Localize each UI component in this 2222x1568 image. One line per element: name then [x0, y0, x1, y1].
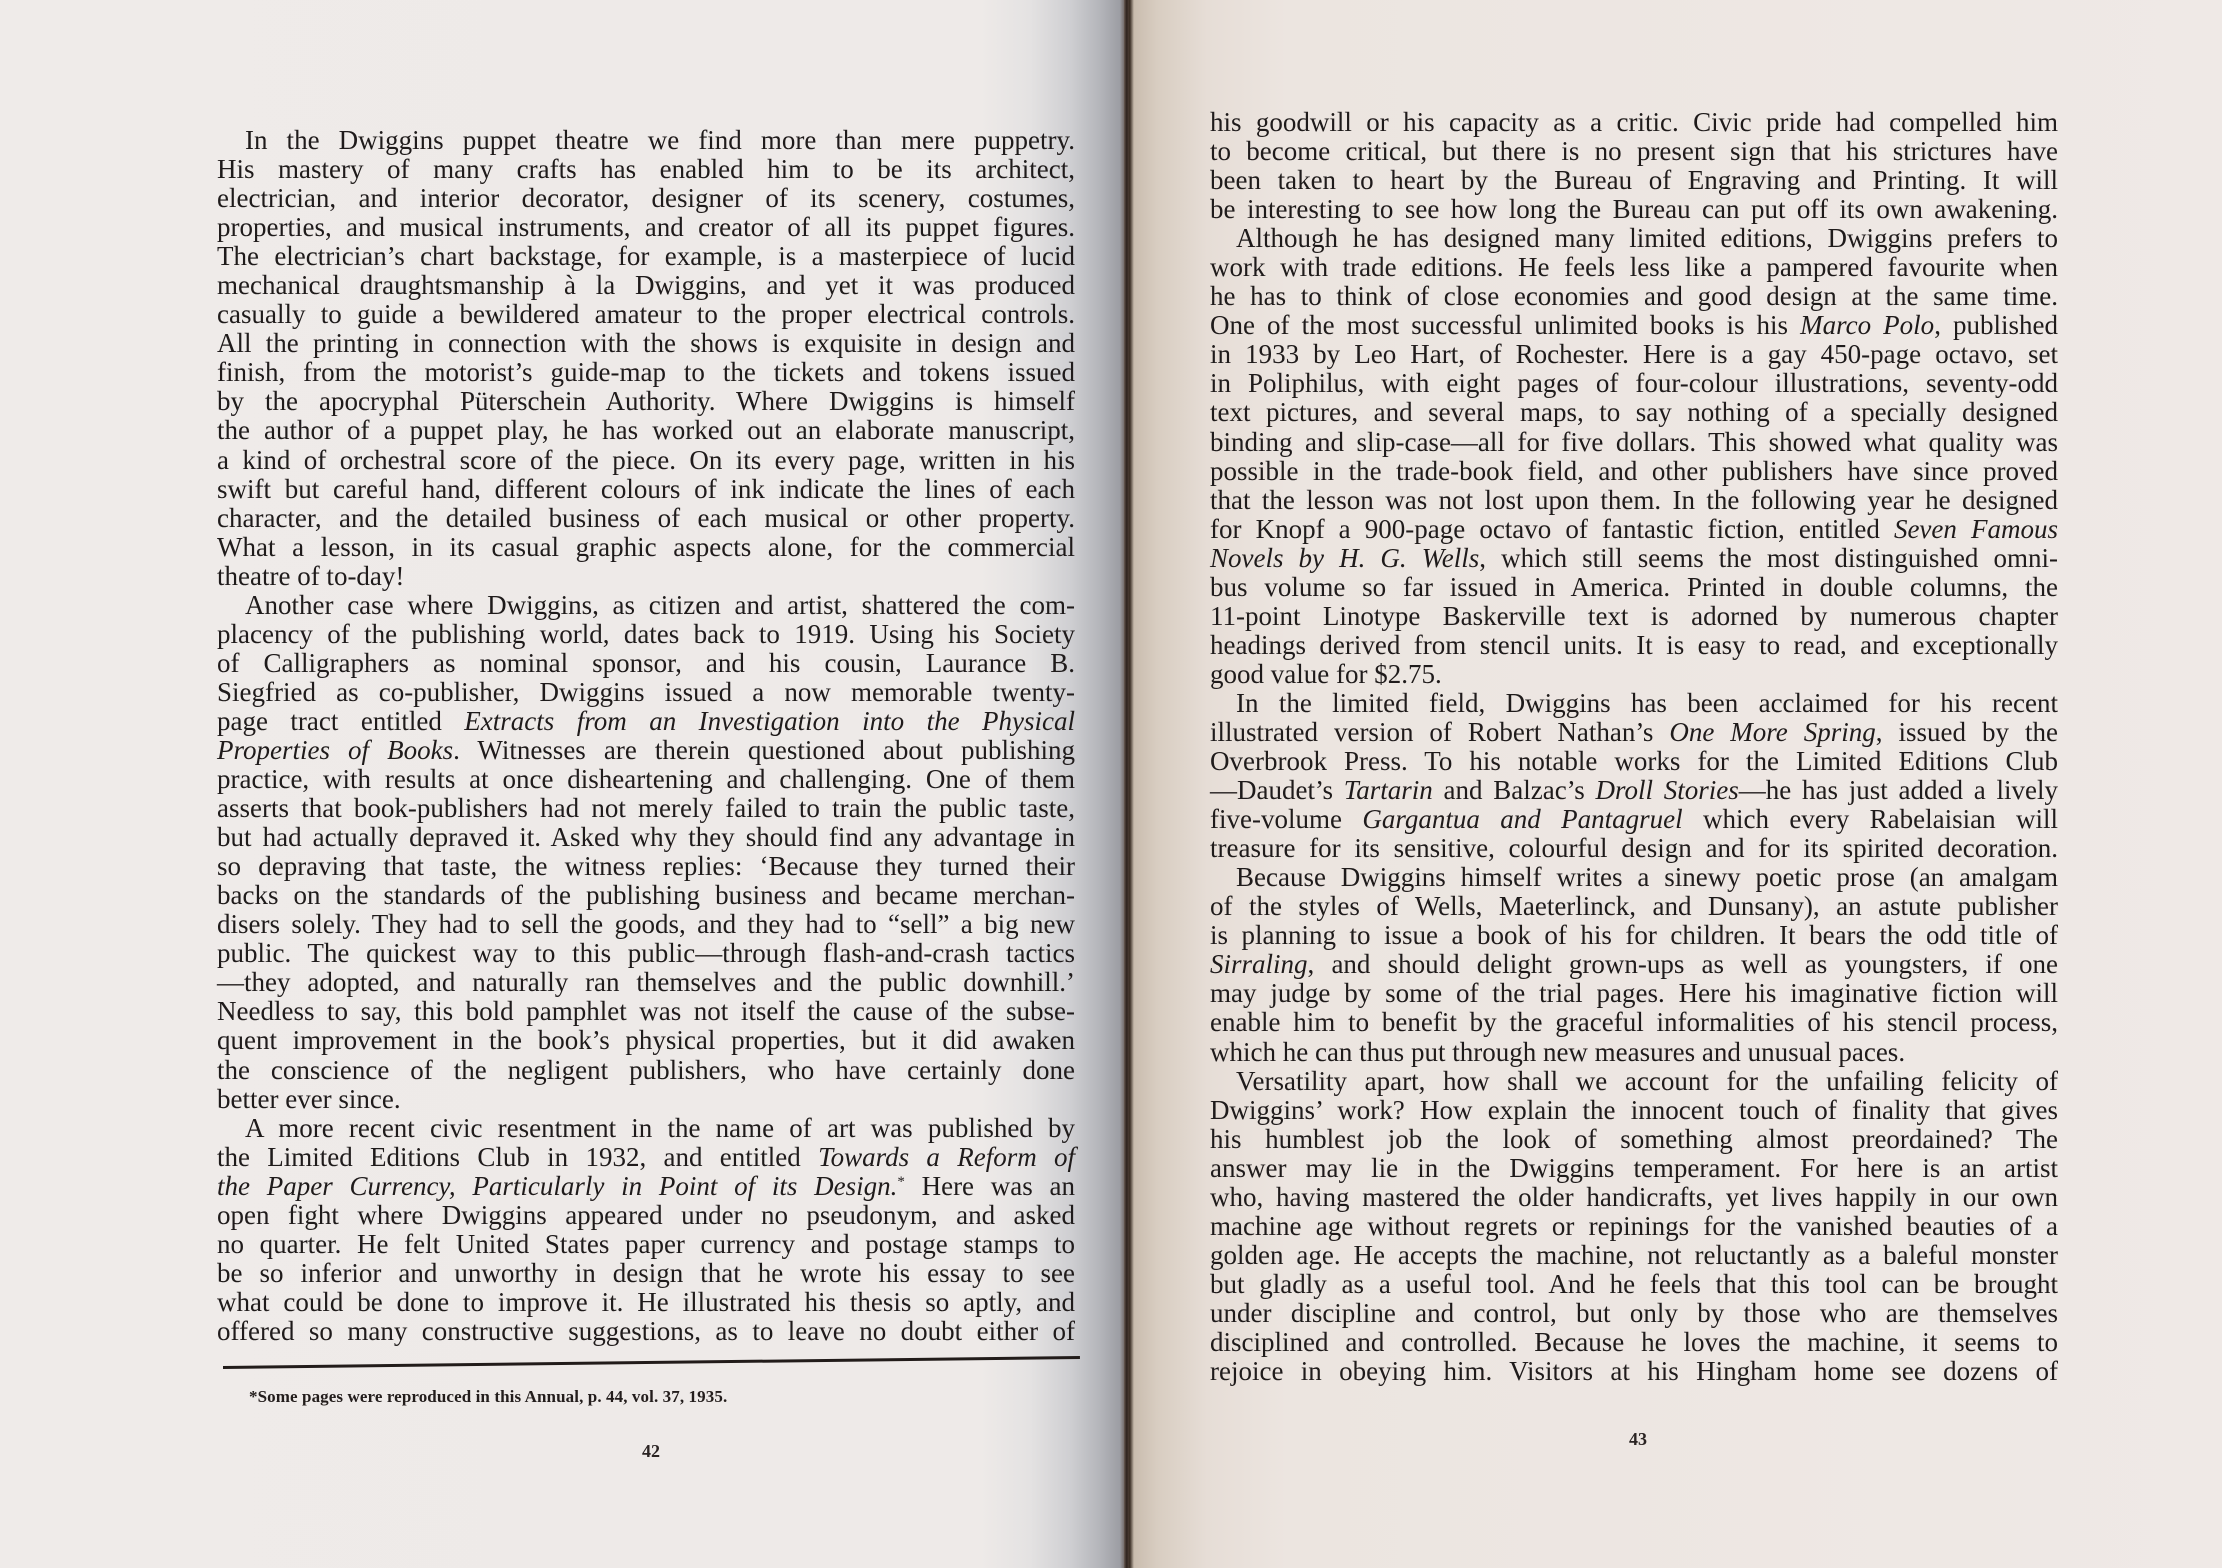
- text-run: so depraving that taste, the witness rep…: [217, 851, 1075, 881]
- text-run: character, and the detailed business of …: [217, 503, 1075, 533]
- text-line: open fight where Dwiggins appeared under…: [217, 1201, 1075, 1230]
- text-run: Although he has designed many limited ed…: [1236, 223, 2058, 253]
- text-run: that the lesson was not lost upon them. …: [1210, 485, 2058, 515]
- text-line: by the apocryphal Püterschein Authority.…: [217, 387, 1075, 416]
- text-run: his humblest job the look of something a…: [1210, 1124, 2058, 1154]
- text-line: may judge by some of the trial pages. He…: [1210, 979, 2058, 1008]
- text-line: —they adopted, and naturally ran themsel…: [217, 968, 1075, 997]
- text-run: the author of a puppet play, he has work…: [217, 415, 1075, 445]
- text-run: , issued by the: [1876, 717, 2058, 747]
- text-line: in Poliphilus, with eight pages of four-…: [1210, 369, 2058, 398]
- text-run: machine age without regrets or repinings…: [1210, 1211, 2058, 1241]
- text-line: quent improvement in the book’s physical…: [217, 1026, 1075, 1055]
- text-run: disciplined and controlled. Because he l…: [1210, 1327, 2058, 1357]
- text-line: page tract entitled Extracts from an Inv…: [217, 707, 1075, 736]
- page-number-right: 43: [1608, 1429, 1668, 1450]
- text-line: no quarter. He felt United States paper …: [217, 1230, 1075, 1259]
- text-line: the Paper Currency, Particularly in Poin…: [217, 1172, 1075, 1201]
- text-line: so depraving that taste, the witness rep…: [217, 852, 1075, 881]
- text-run: Versatility apart, how shall we account …: [1236, 1066, 2058, 1096]
- text-line: be so inferior and unworthy in design th…: [217, 1259, 1075, 1288]
- text-run: In the Dwiggins puppet theatre we find m…: [245, 125, 1075, 155]
- text-line: placency of the publishing world, dates …: [217, 620, 1075, 649]
- text-run: Overbrook Press. To his notable works fo…: [1210, 746, 2058, 776]
- text-run: five-volume: [1210, 804, 1362, 834]
- text-run: finish, from the motorist’s guide-map to…: [217, 357, 1075, 387]
- italic-title: the Paper Currency, Particularly in Poin…: [217, 1171, 897, 1201]
- text-run: 11-point Linotype Baskerville text is ad…: [1210, 601, 2058, 631]
- text-run: mechanical draughtsmanship à la Dwiggins…: [217, 270, 1075, 300]
- text-run: Here was an: [905, 1171, 1075, 1201]
- text-line: answer may lie in the Dwiggins temperame…: [1210, 1154, 2058, 1183]
- text-run: which he can thus put through new measur…: [1210, 1037, 1905, 1067]
- text-line: Needless to say, this bold pamphlet was …: [217, 997, 1075, 1026]
- text-line: enable him to benefit by the graceful in…: [1210, 1008, 2058, 1037]
- text-line: he has to think of close economies and g…: [1210, 282, 2058, 311]
- text-line: swift but careful hand, different colour…: [217, 475, 1075, 504]
- text-run: Another case where Dwiggins, as citizen …: [245, 590, 1075, 620]
- italic-title: Novels by H. G. Wells: [1210, 543, 1479, 573]
- text-run: text pictures, and several maps, to say …: [1210, 397, 2058, 427]
- text-run: casually to guide a bewildered amateur t…: [217, 299, 1075, 329]
- text-line: better ever since.: [217, 1085, 1075, 1114]
- italic-title: Droll Stories: [1596, 775, 1739, 805]
- text-run: the Limited Editions Club in 1932, and e…: [217, 1142, 818, 1172]
- text-line: under discipline and control, but only b…: [1210, 1299, 2058, 1328]
- text-run: treasure for its sensitive, colourful de…: [1210, 833, 2058, 863]
- text-line: electrician, and interior decorator, des…: [217, 184, 1075, 213]
- text-line: practice, with results at once dishearte…: [217, 765, 1075, 794]
- text-run: His mastery of many crafts has enabled h…: [217, 154, 1075, 184]
- text-run: Because Dwiggins himself writes a sinewy…: [1236, 862, 2058, 892]
- italic-title: Seven Famous: [1894, 514, 2058, 544]
- text-line: disciplined and controlled. Because he l…: [1210, 1328, 2058, 1357]
- text-run: backs on the standards of the publishing…: [217, 880, 1075, 910]
- text-run: practice, with results at once dishearte…: [217, 764, 1075, 794]
- text-line: Siegfried as co-publisher, Dwiggins issu…: [217, 678, 1075, 707]
- text-line: backs on the standards of the publishing…: [217, 881, 1075, 910]
- text-line: character, and the detailed business of …: [217, 504, 1075, 533]
- text-line: casually to guide a bewildered amateur t…: [217, 300, 1075, 329]
- text-run: is planning to issue a book of his for c…: [1210, 920, 2058, 950]
- text-run: illustrated version of Robert Nathan’s: [1210, 717, 1669, 747]
- text-run: Needless to say, this bold pamphlet was …: [217, 996, 1075, 1026]
- text-line: The electrician’s chart backstage, for e…: [217, 242, 1075, 271]
- text-line: but gladly as a useful tool. And he feel…: [1210, 1270, 2058, 1299]
- text-line: the conscience of the negligent publishe…: [217, 1056, 1075, 1085]
- text-line: what could be done to improve it. He ill…: [217, 1288, 1075, 1317]
- text-line: In the limited field, Dwiggins has been …: [1210, 689, 2058, 718]
- text-run: better ever since.: [217, 1084, 401, 1114]
- text-run: he has to think of close economies and g…: [1210, 281, 2058, 311]
- text-run: be so inferior and unworthy in design th…: [217, 1258, 1075, 1288]
- text-line: for Knopf a 900-page octavo of fantastic…: [1210, 515, 2058, 544]
- text-line: What a lesson, in its casual graphic asp…: [217, 533, 1075, 562]
- text-run: , and should delight grown-ups as well a…: [1308, 949, 2058, 979]
- text-run: no quarter. He felt United States paper …: [217, 1229, 1075, 1259]
- text-run: , which still seems the most distinguish…: [1479, 543, 2058, 573]
- text-run: , published: [1934, 310, 2058, 340]
- text-line: the author of a puppet play, he has work…: [217, 416, 1075, 445]
- italic-title: Towards a Reform of: [818, 1142, 1075, 1172]
- text-run: properties, and musical instruments, and…: [217, 212, 1075, 242]
- text-line: rejoice in obeying him. Visitors at his …: [1210, 1357, 2058, 1386]
- text-line: the Limited Editions Club in 1932, and e…: [217, 1143, 1075, 1172]
- text-run: and Balzac’s: [1433, 775, 1596, 805]
- text-line: Because Dwiggins himself writes a sinewy…: [1210, 863, 2058, 892]
- text-line: In the Dwiggins puppet theatre we find m…: [217, 126, 1075, 155]
- text-run: theatre of to-day!: [217, 561, 404, 591]
- text-line: Versatility apart, how shall we account …: [1210, 1067, 2058, 1096]
- text-run: rejoice in obeying him. Visitors at his …: [1210, 1356, 2058, 1386]
- text-line: public. The quickest way to this public—…: [217, 939, 1075, 968]
- text-run: In the limited field, Dwiggins has been …: [1236, 688, 2058, 718]
- text-line: his humblest job the look of something a…: [1210, 1125, 2058, 1154]
- text-line: that the lesson was not lost upon them. …: [1210, 486, 2058, 515]
- text-run: headings derived from stencil units. It …: [1210, 630, 2058, 660]
- text-line: treasure for its sensitive, colourful de…: [1210, 834, 2058, 863]
- right_page-text-block: his goodwill or his capacity as a critic…: [1210, 108, 2058, 1386]
- text-run: in Poliphilus, with eight pages of four-…: [1210, 368, 2058, 398]
- text-run: What a lesson, in its casual graphic asp…: [217, 532, 1075, 562]
- text-run: quent improvement in the book’s physical…: [217, 1025, 1075, 1055]
- text-line: of the styles of Wells, Maeterlinck, and…: [1210, 892, 2058, 921]
- text-run: in 1933 by Leo Hart, of Rochester. Here …: [1210, 339, 2058, 369]
- text-run: golden age. He accepts the machine, not …: [1210, 1240, 2058, 1270]
- text-line: but had actually depraved it. Asked why …: [217, 823, 1075, 852]
- text-run: offered so many constructive suggestions…: [217, 1316, 1075, 1346]
- text-run: All the printing in connection with the …: [217, 328, 1075, 358]
- text-run: public. The quickest way to this public—…: [217, 938, 1075, 968]
- text-line: text pictures, and several maps, to say …: [1210, 398, 2058, 427]
- text-run: be interesting to see how long the Burea…: [1210, 194, 2058, 224]
- text-line: machine age without regrets or repinings…: [1210, 1212, 2058, 1241]
- text-line: bus volume so far issued in America. Pri…: [1210, 573, 2058, 602]
- italic-title: Gargantua and Pantagruel: [1362, 804, 1682, 834]
- text-line: in 1933 by Leo Hart, of Rochester. Here …: [1210, 340, 2058, 369]
- text-line: good value for $2.75.: [1210, 660, 2058, 689]
- text-line: is planning to issue a book of his for c…: [1210, 921, 2058, 950]
- text-line: illustrated version of Robert Nathan’s O…: [1210, 718, 2058, 747]
- text-line: Properties of Books. Witnesses are there…: [217, 736, 1075, 765]
- text-run: for Knopf a 900-page octavo of fantastic…: [1210, 514, 1894, 544]
- text-run: been taken to heart by the Bureau of Eng…: [1210, 165, 2058, 195]
- text-line: —Daudet’s Tartarin and Balzac’s Droll St…: [1210, 776, 2058, 805]
- text-line: asserts that book-publishers had not mer…: [217, 794, 1075, 823]
- text-run: swift but careful hand, different colour…: [217, 474, 1075, 504]
- text-line: Dwiggins’ work? How explain the innocent…: [1210, 1096, 2058, 1125]
- text-run: good value for $2.75.: [1210, 659, 1442, 689]
- text-run: his goodwill or his capacity as a critic…: [1210, 107, 2058, 137]
- text-run: . Witnesses are therein questioned about…: [453, 735, 1075, 765]
- text-run: the conscience of the negligent publishe…: [217, 1055, 1075, 1085]
- text-run: which every Rabelaisian will: [1683, 804, 2058, 834]
- text-line: work with trade editions. He feels less …: [1210, 253, 2058, 282]
- text-run: electrician, and interior decorator, des…: [217, 183, 1075, 213]
- text-run: what could be done to improve it. He ill…: [217, 1287, 1075, 1317]
- text-run: but had actually depraved it. Asked why …: [217, 822, 1075, 852]
- text-line: Novels by H. G. Wells, which still seems…: [1210, 544, 2058, 573]
- text-run: binding and slip-case—all for five dolla…: [1210, 427, 2058, 457]
- italic-title: One More Spring: [1669, 717, 1875, 747]
- text-line: disers solely. They had to sell the good…: [217, 910, 1075, 939]
- italic-title: Marco Polo: [1800, 310, 1934, 340]
- text-run: bus volume so far issued in America. Pri…: [1210, 572, 2058, 602]
- left_page-text-block: In the Dwiggins puppet theatre we find m…: [217, 126, 1075, 1346]
- italic-title: Tartarin: [1344, 775, 1433, 805]
- text-line: binding and slip-case—all for five dolla…: [1210, 428, 2058, 457]
- footnote-marker: *: [897, 1174, 905, 1190]
- text-line: theatre of to-day!: [217, 562, 1075, 591]
- text-line: All the printing in connection with the …: [217, 329, 1075, 358]
- text-line: golden age. He accepts the machine, not …: [1210, 1241, 2058, 1270]
- text-line: who, having mastered the older handicraf…: [1210, 1183, 2058, 1212]
- text-line: his goodwill or his capacity as a critic…: [1210, 108, 2058, 137]
- text-run: The electrician’s chart backstage, for e…: [217, 241, 1075, 271]
- italic-title: Properties of Books: [217, 735, 453, 765]
- text-run: —Daudet’s: [1210, 775, 1344, 805]
- text-run: of Calligraphers as nominal sponsor, and…: [217, 648, 1075, 678]
- text-run: page tract entitled: [217, 706, 464, 736]
- text-run: under discipline and control, but only b…: [1210, 1298, 2058, 1328]
- italic-title: Sirraling: [1210, 949, 1308, 979]
- text-run: may judge by some of the trial pages. He…: [1210, 978, 2058, 1008]
- text-run: answer may lie in the Dwiggins temperame…: [1210, 1153, 2058, 1183]
- text-run: enable him to benefit by the graceful in…: [1210, 1007, 2058, 1037]
- text-run: disers solely. They had to sell the good…: [217, 909, 1075, 939]
- text-line: be interesting to see how long the Burea…: [1210, 195, 2058, 224]
- text-run: A more recent civic resentment in the na…: [245, 1113, 1075, 1143]
- text-run: placency of the publishing world, dates …: [217, 619, 1075, 649]
- text-run: work with trade editions. He feels less …: [1210, 252, 2058, 282]
- text-run: Siegfried as co-publisher, Dwiggins issu…: [217, 677, 1075, 707]
- text-run: by the apocryphal Püterschein Authority.…: [217, 386, 1075, 416]
- text-line: Overbrook Press. To his notable works fo…: [1210, 747, 2058, 776]
- text-line: possible in the trade-book field, and ot…: [1210, 457, 2058, 486]
- page-number-left: 42: [621, 1441, 681, 1462]
- text-line: His mastery of many crafts has enabled h…: [217, 155, 1075, 184]
- text-line: offered so many constructive suggestions…: [217, 1317, 1075, 1346]
- text-run: asserts that book-publishers had not mer…: [217, 793, 1075, 823]
- text-line: to become critical, but there is no pres…: [1210, 137, 2058, 166]
- text-run: —he has just added a lively: [1739, 775, 2058, 805]
- text-run: a kind of orchestral score of the piece.…: [217, 445, 1075, 475]
- text-run: Dwiggins’ work? How explain the innocent…: [1210, 1095, 2058, 1125]
- text-line: 11-point Linotype Baskerville text is ad…: [1210, 602, 2058, 631]
- text-line: One of the most successful unlimited boo…: [1210, 311, 2058, 340]
- text-run: of the styles of Wells, Maeterlinck, and…: [1210, 891, 2058, 921]
- text-line: Another case where Dwiggins, as citizen …: [217, 591, 1075, 620]
- text-line: Sirraling, and should delight grown-ups …: [1210, 950, 2058, 979]
- text-line: A more recent civic resentment in the na…: [217, 1114, 1075, 1143]
- text-run: but gladly as a useful tool. And he feel…: [1210, 1269, 2058, 1299]
- text-run: to become critical, but there is no pres…: [1210, 136, 2058, 166]
- italic-title: Extracts from an Investigation into the …: [464, 706, 1075, 736]
- text-line: a kind of orchestral score of the piece.…: [217, 446, 1075, 475]
- footnote: *Some pages were reproduced in this Annu…: [249, 1387, 727, 1407]
- text-run: One of the most successful unlimited boo…: [1210, 310, 1800, 340]
- text-run: open fight where Dwiggins appeared under…: [217, 1200, 1075, 1230]
- text-line: mechanical draughtsmanship à la Dwiggins…: [217, 271, 1075, 300]
- text-line: five-volume Gargantua and Pantagruel whi…: [1210, 805, 2058, 834]
- text-line: Although he has designed many limited ed…: [1210, 224, 2058, 253]
- text-line: of Calligraphers as nominal sponsor, and…: [217, 649, 1075, 678]
- text-line: headings derived from stencil units. It …: [1210, 631, 2058, 660]
- book-gutter: [1124, 0, 1129, 1568]
- text-run: who, having mastered the older handicraf…: [1210, 1182, 2058, 1212]
- text-line: finish, from the motorist’s guide-map to…: [217, 358, 1075, 387]
- text-line: properties, and musical instruments, and…: [217, 213, 1075, 242]
- text-run: possible in the trade-book field, and ot…: [1210, 456, 2058, 486]
- text-run: —they adopted, and naturally ran themsel…: [217, 967, 1075, 997]
- text-line: been taken to heart by the Bureau of Eng…: [1210, 166, 2058, 195]
- text-line: which he can thus put through new measur…: [1210, 1038, 2058, 1067]
